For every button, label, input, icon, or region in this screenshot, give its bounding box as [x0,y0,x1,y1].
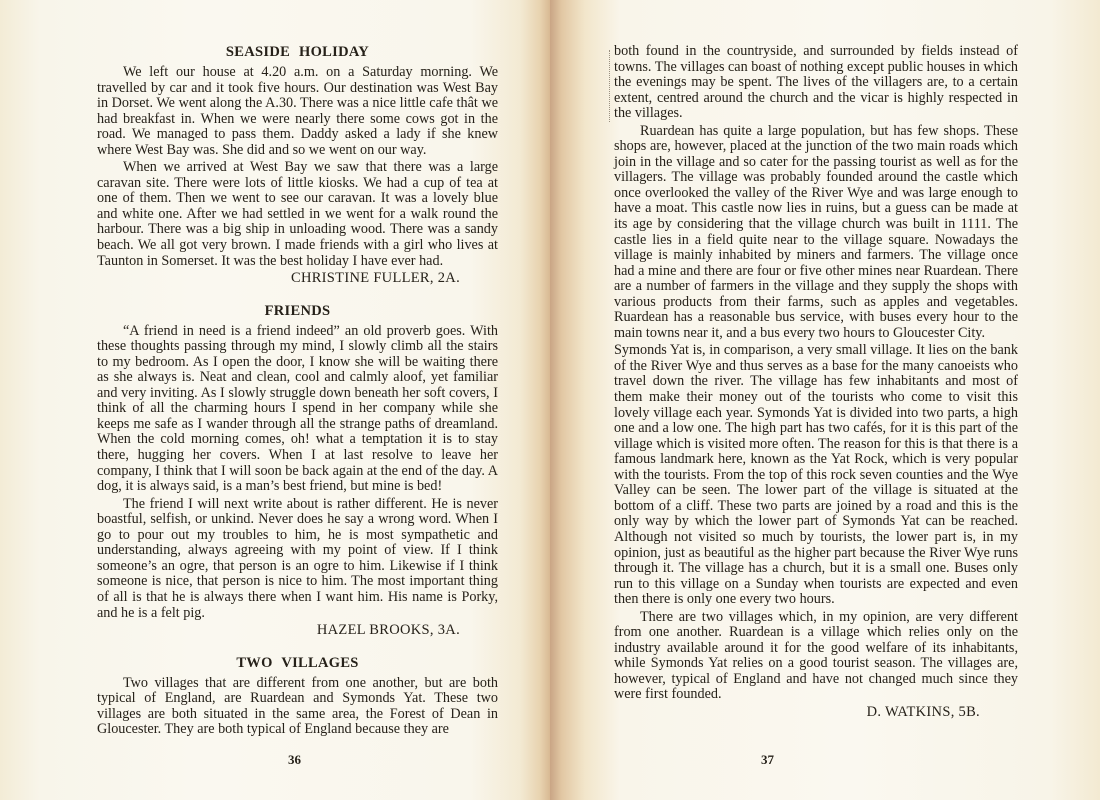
article-title: SEASIDE HOLIDAY [97,44,498,61]
left-page: SEASIDE HOLIDAY We left our house at 4.2… [0,0,550,800]
article-paragraph: Two villages that are different from one… [97,676,498,738]
article-paragraph: When we arrived at West Bay we saw that … [97,160,498,269]
article-title: TWO VILLAGES [97,655,498,672]
article-paragraph: “A friend in need is a friend indeed” an… [97,324,498,495]
page-number: 37 [761,752,774,768]
article-two-villages: TWO VILLAGES Two villages that are diffe… [97,655,498,738]
page-number: 36 [288,752,301,768]
book-spread: SEASIDE HOLIDAY We left our house at 4.2… [0,0,1100,800]
article-byline: CHRISTINE FULLER, 2A. [97,271,498,287]
margin-mark [609,50,611,122]
article-byline: HAZEL BROOKS, 3A. [97,623,498,639]
article-paragraph: The friend I will next write about is ra… [97,497,498,621]
article-byline: D. WATKINS, 5B. [614,705,1018,721]
article-paragraph: We left our house at 4.20 a.m. on a Satu… [97,65,498,158]
article-paragraph: both found in the countryside, and surro… [614,44,1018,122]
right-page: both found in the countryside, and surro… [550,0,1100,800]
article-paragraph: Ruardean has quite a large population, b… [614,124,1018,342]
article-two-villages-continued: both found in the countryside, and surro… [614,44,1018,721]
article-title: FRIENDS [97,303,498,320]
article-paragraph: There are two villages which, in my opin… [614,610,1018,703]
left-page-column: SEASIDE HOLIDAY We left our house at 4.2… [97,44,498,738]
article-friends: FRIENDS “A friend in need is a friend in… [97,303,498,639]
article-paragraph: Symonds Yat is, in comparison, a very sm… [614,343,1018,607]
article-seaside-holiday: SEASIDE HOLIDAY We left our house at 4.2… [97,44,498,287]
right-page-column: both found in the countryside, and surro… [614,44,1018,721]
